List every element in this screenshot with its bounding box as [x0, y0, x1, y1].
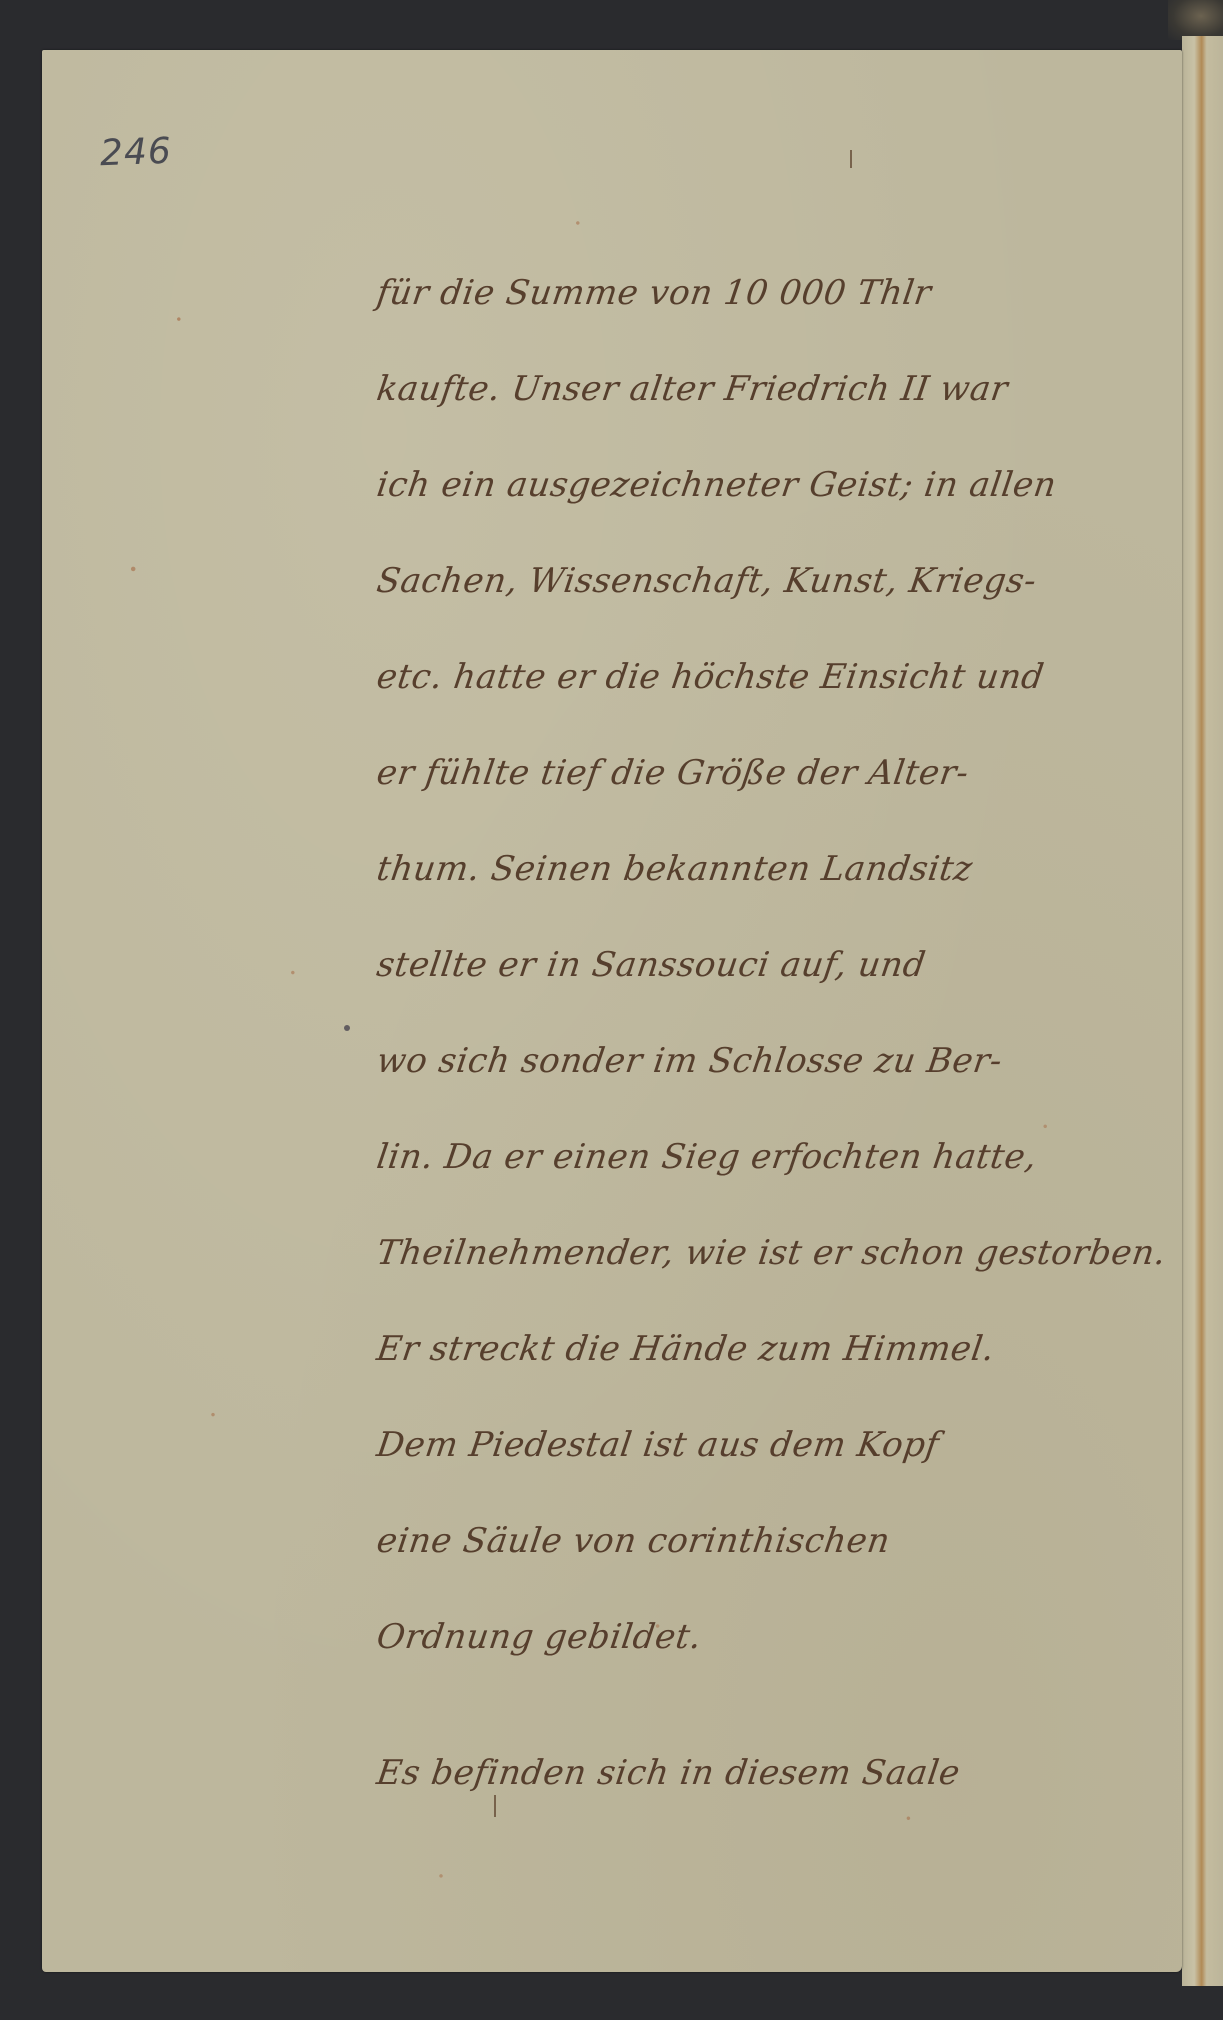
text-line: etc. hatte er die höchste Einsicht und [370, 629, 1173, 725]
text-line: Dem Piedestal ist aus dem Kopf [370, 1397, 1173, 1493]
text-line: thum. Seinen bekannten Landsitz [370, 821, 1173, 917]
manuscript-scan: 246 für die Summe von 10 000 Thlr kaufte… [0, 0, 1223, 2020]
adjacent-page-edge [1182, 36, 1223, 1986]
text-line: Theilnehmender, wie ist er schon gestorb… [370, 1205, 1173, 1301]
text-line: kaufte. Unser alter Friedrich II war [370, 341, 1173, 437]
text-line: lin. Da er einen Sieg erfochten hatte, [370, 1109, 1173, 1205]
text-line: Er streckt die Hände zum Himmel. [370, 1301, 1173, 1397]
text-line: eine Säule von corinthischen [370, 1493, 1173, 1589]
text-line: Ordnung gebildet. [370, 1589, 1173, 1685]
text-line: Sachen, Wissenschaft, Kunst, Kriegs- [370, 533, 1173, 629]
page-number: 246 [99, 131, 172, 174]
margin-dot [344, 1025, 350, 1031]
text-line: Es befinden sich in diesem Saale [370, 1725, 1173, 1821]
text-line: für die Summe von 10 000 Thlr [370, 245, 1173, 341]
text-line: wo sich sonder im Schlosse zu Ber- [370, 1013, 1173, 1109]
ink-mark [850, 150, 852, 168]
text-line: er fühlte tief die Größe der Alter- [370, 725, 1173, 821]
manuscript-text: für die Summe von 10 000 Thlr kaufte. Un… [377, 245, 1167, 1821]
manuscript-page: 246 für die Summe von 10 000 Thlr kaufte… [42, 50, 1182, 1972]
book-binding [1168, 0, 1223, 40]
text-line: ich ein ausgezeichneter Geist; in allen [370, 437, 1173, 533]
text-line: stellte er in Sanssouci auf, und [370, 917, 1173, 1013]
